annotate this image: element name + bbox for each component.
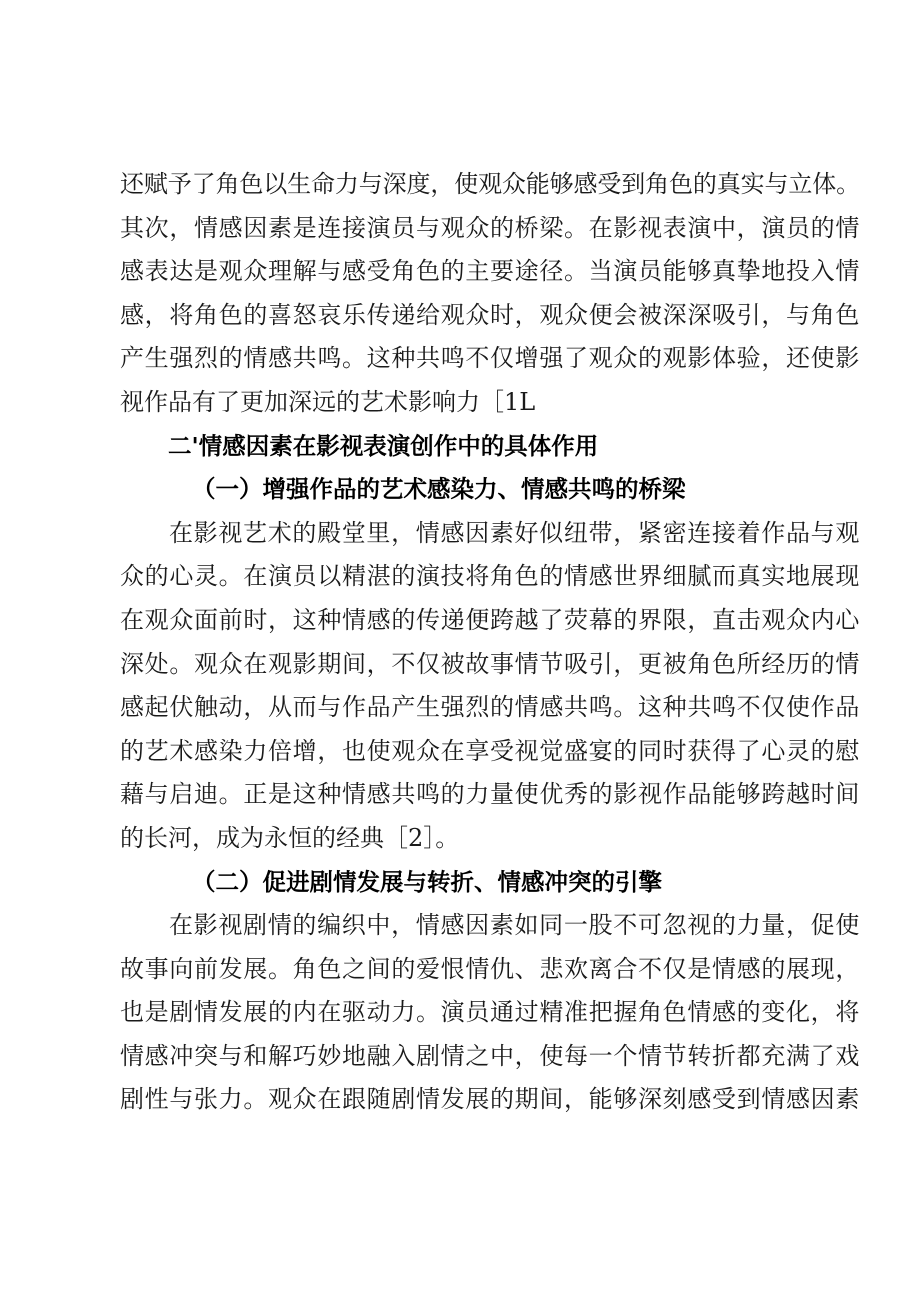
text-line: 感表达是观众理解与感受角色的主要途径。当演员能够真挚地投入情 (120, 250, 860, 294)
paragraph-end-line: 的长河，成为永恒的经典［2］。 (120, 817, 860, 861)
subsection-heading: （二）促进剧情发展与转折、情感冲突的引擎 (120, 861, 860, 905)
text-line: 感，将角色的喜怒哀乐传递给观众时，观众便会被深深吸引，与角色 (120, 294, 860, 338)
text-line: 还赋予了角色以生命力与深度，使观众能够感受到角色的真实与立体。 (120, 163, 860, 207)
text-line: 藉与启迪。正是这种情感共鸣的力量使优秀的影视作品能够跨越时间 (120, 773, 860, 817)
text-line: 其次，情感因素是连接演员与观众的桥梁。在影视表演中，演员的情 (120, 207, 860, 251)
line-text: 在影视艺术的殿堂里，情感因素好似纽带，紧密连接着作品与观 (169, 512, 860, 556)
document-body: 还赋予了角色以生命力与深度，使观众能够感受到角色的真实与立体。其次，情感因素是连… (120, 163, 860, 1122)
line-text: 还赋予了角色以生命力与深度，使观众能够感受到角色的真实与立体。 (120, 163, 860, 207)
text-line: 剧性与张力。观众在跟随剧情发展的期间，能够深刻感受到情感因素 (120, 1078, 860, 1122)
text-line: 情感冲突与和解巧妙地融入剧情之中，使每一个情节转折都充满了戏 (120, 1035, 860, 1079)
line-text: （二）促进剧情发展与转折、情感冲突的引擎 (192, 861, 662, 905)
line-text: 也是剧情发展的内在驱动力。演员通过精准把握角色情感的变化，将 (120, 991, 860, 1035)
document-page: 还赋予了角色以生命力与深度，使观众能够感受到角色的真实与立体。其次，情感因素是连… (0, 0, 920, 1301)
paragraph-start-line: 在影视剧情的编织中，情感因素如同一股不可忽视的力量，促使 (120, 904, 860, 948)
line-text: 剧性与张力。观众在跟随剧情发展的期间，能够深刻感受到情感因素 (120, 1078, 860, 1122)
line-text: 藉与启迪。正是这种情感共鸣的力量使优秀的影视作品能够跨越时间 (120, 773, 860, 817)
line-text: 感表达是观众理解与感受角色的主要途径。当演员能够真挚地投入情 (120, 250, 860, 294)
line-text: 其次，情感因素是连接演员与观众的桥梁。在影视表演中，演员的情 (120, 207, 860, 251)
line-text: 感，将角色的喜怒哀乐传递给观众时，观众便会被深深吸引，与角色 (120, 294, 860, 338)
line-text: 视作品有了更加深远的艺术影响力［1L (120, 381, 535, 425)
line-text: 众的心灵。在演员以精湛的演技将角色的情感世界细腻而真实地展现 (120, 555, 860, 599)
line-text: 产生强烈的情感共鸣。这种共鸣不仅增强了观众的观影体验，还使影 (120, 337, 860, 381)
line-text: 情感冲突与和解巧妙地融入剧情之中，使每一个情节转折都充满了戏 (120, 1035, 860, 1079)
paragraph-start-line: 在影视艺术的殿堂里，情感因素好似纽带，紧密连接着作品与观 (120, 512, 860, 556)
text-line: 产生强烈的情感共鸣。这种共鸣不仅增强了观众的观影体验，还使影 (120, 337, 860, 381)
line-text: 深处。观众在观影期间，不仅被故事情节吸引，更被角色所经历的情 (120, 643, 860, 687)
text-line: 在观众面前时，这种情感的传递便跨越了荧幕的界限，直击观众内心 (120, 599, 860, 643)
text-line: 的艺术感染力倍增，也使观众在享受视觉盛宴的同时获得了心灵的慰 (120, 730, 860, 774)
line-text: 故事向前发展。角色之间的爱恨情仇、悲欢离合不仅是情感的展现， (120, 948, 860, 992)
line-text: （一）增强作品的艺术感染力、情感共鸣的桥梁 (192, 468, 686, 512)
text-line: 故事向前发展。角色之间的爱恨情仇、悲欢离合不仅是情感的展现， (120, 948, 860, 992)
line-text: 在观众面前时，这种情感的传递便跨越了荧幕的界限，直击观众内心 (120, 599, 860, 643)
line-text: 感起伏触动，从而与作品产生强烈的情感共鸣。这种共鸣不仅使作品 (120, 686, 860, 730)
line-text: 的长河，成为永恒的经典［2］。 (120, 817, 459, 861)
text-line: 深处。观众在观影期间，不仅被故事情节吸引，更被角色所经历的情 (120, 643, 860, 687)
text-line: 众的心灵。在演员以精湛的演技将角色的情感世界细腻而真实地展现 (120, 555, 860, 599)
line-text: 在影视剧情的编织中，情感因素如同一股不可忽视的力量，促使 (169, 904, 860, 948)
paragraph-end-line: 视作品有了更加深远的艺术影响力［1L (120, 381, 860, 425)
section-heading: 二'情感因素在影视表演创作中的具体作用 (120, 425, 860, 469)
line-text: 的艺术感染力倍增，也使观众在享受视觉盛宴的同时获得了心灵的慰 (120, 730, 860, 774)
text-line: 感起伏触动，从而与作品产生强烈的情感共鸣。这种共鸣不仅使作品 (120, 686, 860, 730)
line-text: 二'情感因素在影视表演创作中的具体作用 (168, 425, 598, 469)
text-line: 也是剧情发展的内在驱动力。演员通过精准把握角色情感的变化，将 (120, 991, 860, 1035)
subsection-heading: （一）增强作品的艺术感染力、情感共鸣的桥梁 (120, 468, 860, 512)
